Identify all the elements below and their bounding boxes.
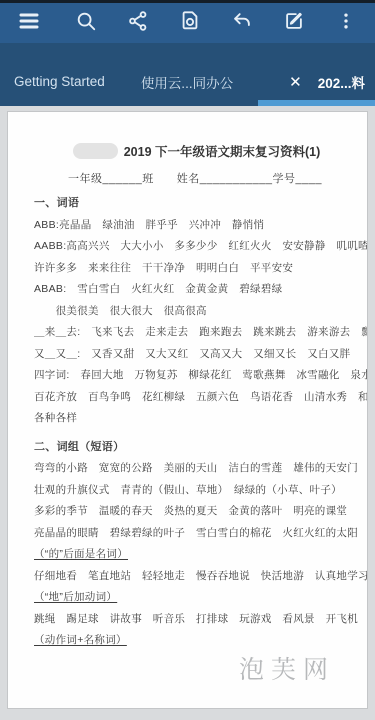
doc-line: 跳绳 踢足球 讲故事 听音乐 打排球 玩游戏 看风景 开飞机 <box>34 609 359 631</box>
overflow-menu-button[interactable] <box>331 8 361 38</box>
share-icon <box>127 10 149 37</box>
doc-line: 各种各样 <box>34 408 359 430</box>
tab-bar: Getting Started 使用云...同办公 ✕ 202...料 <box>0 43 375 106</box>
undo-button[interactable] <box>227 8 257 38</box>
doc-line: 很美很美 很大很大 很高很高 <box>34 301 359 323</box>
overflow-menu-icon <box>336 10 356 37</box>
doc-line: 多彩的季节 温暖的春天 炎热的夏天 金黄的落叶 明亮的课堂 <box>34 501 359 523</box>
doc-line: 百花齐放 百鸟争鸣 花红柳绿 五颜六色 鸟语花香 山清水秀 和风细雨 <box>34 387 359 409</box>
doc-line: 二、词组（短语） <box>34 437 359 459</box>
redaction-blur <box>73 143 118 159</box>
doc-line: （动作词+名称词） <box>34 630 359 652</box>
doc-line: 弯弯的小路 宽宽的公路 美丽的天山 洁白的雪莲 雄伟的天安门 <box>34 458 359 480</box>
app-screen: Getting Started 使用云...同办公 ✕ 202...料 2019… <box>0 0 375 720</box>
document-title: 2019 下一年级语文期末复习资料(1) <box>124 142 321 160</box>
save-button[interactable] <box>175 8 205 38</box>
edit-button[interactable] <box>279 8 309 38</box>
doc-line: 仔细地看 笔直地站 轻轻地走 慢吞吞地说 快活地游 认真地学习 <box>34 566 359 588</box>
search-icon <box>75 10 97 37</box>
document-viewport[interactable]: 2019 下一年级语文期末复习资料(1) 一年级______班 姓名______… <box>0 106 375 720</box>
doc-line: AABB:高高兴兴 大大小小 多多少少 红红火火 安安静静 叽叽喳喳 <box>34 236 359 258</box>
menu-icon <box>17 9 41 38</box>
doc-body-lines: 一、词语ABB:亮晶晶 绿油油 胖乎乎 兴冲冲 静悄悄AABB:高高兴兴 大大小… <box>34 193 359 652</box>
doc-line: 壮观的升旗仪式 青青的（假山、草地） 绿绿的（小草、叶子） <box>34 480 359 502</box>
save-document-icon <box>179 10 201 37</box>
doc-line: （“地”后加动词） <box>34 587 359 609</box>
tab-close-button[interactable]: ✕ <box>289 73 302 91</box>
doc-line: ABB:亮晶晶 绿油油 胖乎乎 兴冲冲 静悄悄 <box>34 215 359 237</box>
tab-cloud-collab[interactable]: 使用云...同办公 <box>141 72 233 92</box>
tab-getting-started[interactable]: Getting Started <box>14 74 105 89</box>
document-title-row: 2019 下一年级语文期末复习资料(1) <box>34 142 359 160</box>
doc-line: 四字词: 春回大地 万物复苏 柳绿花红 莺歌燕舞 冰雪融化 泉水叮咚 <box>34 365 359 387</box>
toolbar <box>0 3 375 43</box>
student-info-line: 一年级______班 姓名___________学号____ <box>68 170 359 186</box>
undo-icon <box>231 10 253 37</box>
doc-line: 又＿又＿: 又香又甜 又大又红 又高又大 又细又长 又白又胖 <box>34 344 359 366</box>
menu-button[interactable] <box>14 8 44 38</box>
tab-review-doc[interactable]: 202...料 <box>318 72 365 92</box>
edit-icon <box>283 10 305 37</box>
share-button[interactable] <box>123 8 153 38</box>
document-page: 2019 下一年级语文期末复习资料(1) 一年级______班 姓名______… <box>7 111 368 709</box>
doc-line: ABAB: 雪白雪白 火红火红 金黄金黄 碧绿碧绿 <box>34 279 359 301</box>
search-button[interactable] <box>71 8 101 38</box>
watermark: 泡芙网 <box>239 650 335 686</box>
doc-line: 许许多多 来来往往 干干净净 明明白白 平平安安 <box>34 258 359 280</box>
doc-line: （“的”后面是名词） <box>34 544 359 566</box>
doc-line: ＿来＿去: 飞来飞去 走来走去 跑来跑去 跳来跳去 游来游去 飘来飘去 <box>34 322 359 344</box>
doc-line: 亮晶晶的眼睛 碧绿碧绿的叶子 雪白雪白的棉花 火红火红的太阳 <box>34 523 359 545</box>
doc-line: 一、词语 <box>34 193 359 215</box>
